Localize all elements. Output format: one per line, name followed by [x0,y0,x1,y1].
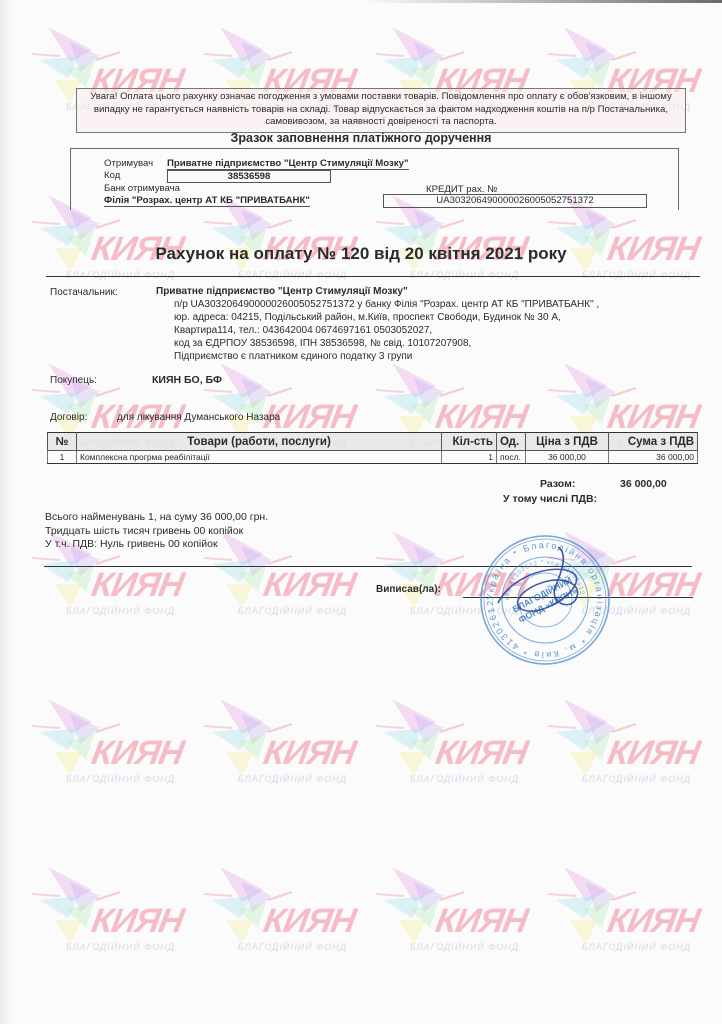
watermark-word: КИЯН [261,902,359,941]
watermark-logo: КИЯНБлагодійний фонд [374,694,524,794]
watermark-word: КИЯН [89,902,187,941]
buyer-label: Покупець: [50,375,97,386]
watermark-word: КИЯН [89,566,187,605]
watermark-subtitle: Благодійний фонд [582,774,691,784]
cell-number: 1 [48,451,77,464]
watermark-logo: КИЯНБлагодійний фонд [546,694,696,794]
watermark-subtitle: Благодійний фонд [238,270,347,280]
scan-edge [362,0,722,3]
table-row: 1 Комплексна прогрма реабілітації 1 посл… [48,451,698,464]
col-header-goods: Товари (работи, послуги) [77,433,442,451]
payment-notice: Увага! Оплата цього рахунку означає пого… [76,88,686,133]
bank-label: Банк отримувача [104,183,180,194]
summary-amount-words: Тридцать шість тисяч гривень 00 копійок [45,525,268,539]
supplier-line: Квартира114, тел.: 043642004 0674697161 … [174,324,599,337]
watermark-word: КИЯН [605,902,703,941]
summary-vat-words: У т.ч. ПДВ: Нуль гривень 00 копійок [45,538,268,552]
watermark-subtitle: Благодійний фонд [238,774,347,784]
supplier-line: п/р UA303206490000026005052751372 у банк… [174,298,599,311]
watermark-logo: КИЯНБлагодійний фонд [30,694,180,794]
supplier-lines: п/р UA303206490000026005052751372 у банк… [156,298,599,363]
cell-unit: посл. [497,451,526,464]
watermark-word: КИЯН [605,734,703,773]
buyer-value: КИЯН БО, БФ [152,374,222,386]
company-stamp: Україна * Благодійна організація * м. Ки… [478,533,612,667]
payment-sample-box: ОтримувачПриватне підприємство "Центр Ст… [70,148,679,210]
cell-quantity: 1 [442,451,497,464]
payment-sample-title: Зразок заповнення платіжного доручення [0,131,722,145]
amount-summary: Всього найменувань 1, на суму 36 000,00 … [45,511,268,552]
table-header-row: № Товари (работи, послуги) Кіл-сть Од. Ц… [48,433,698,451]
watermark-word: КИЯН [261,734,359,773]
contract-value: для лікування Думанського Назара [117,412,280,423]
code-value: 38536598 [167,170,331,183]
col-header-price: Ціна з ПДВ [526,433,609,451]
notice-text: Увага! Оплата цього рахунку означає пого… [90,91,672,127]
watermark-subtitle: Благодійний фонд [66,606,175,616]
col-header-quantity: Кіл-сть [442,433,497,451]
watermark-subtitle: Благодійний фонд [582,270,691,280]
watermark-subtitle: Благодійний фонд [66,942,175,952]
watermark-logo: КИЯНБлагодійний фонд [202,694,352,794]
supplier-name: Приватне підприємство "Центр Стимуляції … [156,285,599,298]
recipient-row: ОтримувачПриватне підприємство "Центр Ст… [104,158,409,169]
supplier-details: Приватне підприємство "Центр Стимуляції … [156,285,599,363]
credit-account-value: UA303206490000026005052751372 [383,194,647,208]
cell-sum: 36 000,00 [609,451,698,464]
supplier-line: Підприємство є платником єдиного податку… [174,350,599,363]
stamp-icon: Україна * Благодійна організація * м. Ки… [478,533,612,667]
invoice-title: Рахунок на оплату № 120 від 20 квітня 20… [0,244,722,264]
issued-by-label: Виписав(ла): [376,584,441,595]
watermark-logo: КИЯНБлагодійний фонд [546,862,696,962]
supplier-label: Постачальник: [50,287,118,298]
vat-label: У тому числі ПДВ: [503,493,597,505]
watermark-word: КИЯН [433,902,531,941]
watermark-word: КИЯН [605,566,703,605]
recipient-value: Приватне підприємство "Центр Стимуляції … [167,158,409,170]
watermark-subtitle: Благодійний фонд [66,774,175,784]
summary-items-total: Всього найменувань 1, на суму 36 000,00 … [45,511,268,525]
watermark-subtitle: Благодійний фонд [410,270,519,280]
scan-edge [0,0,12,1024]
supplier-line: код за ЄДРПОУ 38536598, ІПН 38536598, № … [174,337,599,350]
watermark-subtitle: Благодійний фонд [410,942,519,952]
recipient-label: Отримувач [104,158,167,169]
contract-label: Договір: [50,412,87,423]
watermark-subtitle: Благодійний фонд [66,270,175,280]
supplier-line: юр. адреса: 04215, Подільський район, м.… [174,311,599,324]
total-label: Разом: [540,478,575,490]
col-header-unit: Од. [497,433,526,451]
total-value: 36 000,00 [620,478,667,490]
watermark-logo: КИЯНБлагодійний фонд [30,862,180,962]
bank-value: Філія "Розрах. центр АТ КБ "ПРИВАТБАНК" [104,195,310,206]
watermark-subtitle: Благодійний фонд [582,942,691,952]
watermark-logo: КИЯНБлагодійний фонд [202,862,352,962]
watermark-subtitle: Благодійний фонд [410,774,519,784]
cell-goods: Комплексна прогрма реабілітації [77,451,442,464]
code-label: Код [104,170,120,181]
cell-price: 36 000,00 [526,451,609,464]
watermark-word: КИЯН [261,566,359,605]
watermark-word: КИЯН [89,734,187,773]
items-table: № Товари (работи, послуги) Кіл-сть Од. Ц… [47,432,698,464]
col-header-number: № [48,433,77,451]
watermark-subtitle: Благодійний фонд [238,606,347,616]
watermark-subtitle: Благодійний фонд [238,942,347,952]
divider [46,276,700,277]
bank-value-text: Філія "Розрах. центр АТ КБ "ПРИВАТБАНК" [104,195,310,207]
watermark-word: КИЯН [433,734,531,773]
col-header-sum: Сума з ПДВ [609,433,698,451]
watermark-logo: КИЯНБлагодійний фонд [374,862,524,962]
